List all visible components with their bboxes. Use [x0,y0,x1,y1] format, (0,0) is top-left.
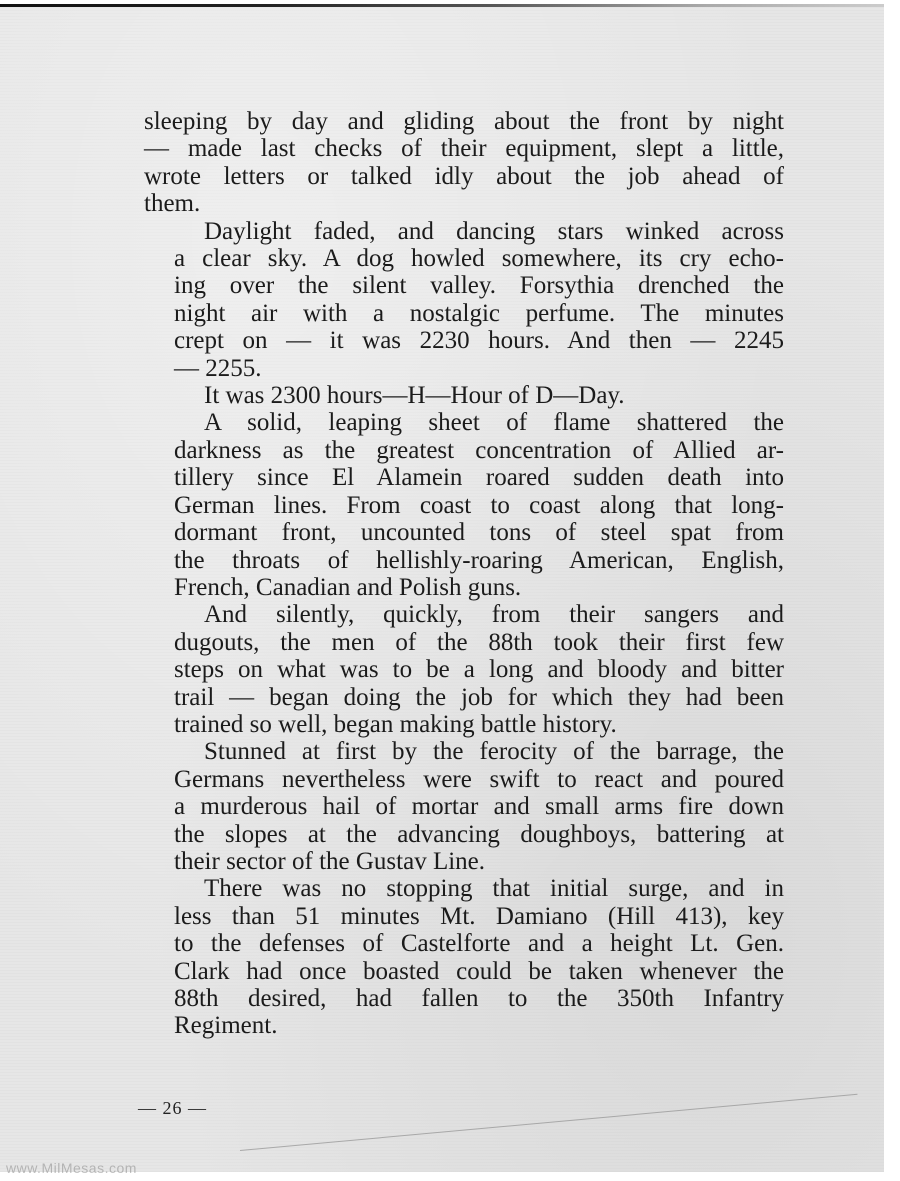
paragraph-3: It was 2300 hours—H—Hour of D—Day. [144,382,784,409]
text-line: It was 2300 hours—H—Hour of D—Day. [144,382,784,409]
paragraph-5: And silently, quickly, from their sanger… [144,601,784,738]
text-line: Daylight faded, and dancing stars winked… [144,218,784,245]
text-line: sleeping by day and gliding about the fr… [144,108,784,135]
text-line: less than 51 minutes Mt. Damiano (Hill 4… [144,903,784,930]
text-line: tillery since El Alamein roared sudden d… [144,464,784,491]
text-line: German lines. From coast to coast along … [144,492,784,519]
text-line: wrote letters or talked idly about the j… [144,163,784,190]
text-line: — 2255. [144,355,784,382]
text-line: darkness as the greatest concentration o… [144,437,784,464]
text-line: the slopes at the advancing doughboys, b… [144,821,784,848]
text-line: night air with a nostalgic perfume. The … [144,300,784,327]
text-line: crept on — it was 2230 hours. And then —… [144,327,784,354]
text-line: to the defenses of Castelforte and a hei… [144,930,784,957]
text-line: their sector of the Gustav Line. [144,848,784,875]
text-line: a clear sky. A dog howled somewhere, its… [144,245,784,272]
text-line: them. [144,190,784,217]
text-line: French, Canadian and Polish guns. [144,574,784,601]
text-line: — made last checks of their equipment, s… [144,135,784,162]
paragraph-4: A solid, leaping sheet of flame shattere… [144,409,784,601]
text-line: A solid, leaping sheet of flame shattere… [144,409,784,436]
text-line: ing over the silent valley. Forsythia dr… [144,272,784,299]
paragraph-1: sleeping by day and gliding about the fr… [144,108,784,218]
text-line: Stunned at first by the ferocity of the … [144,738,784,765]
watermark: www.MilMesas.com [6,1160,137,1176]
paragraph-6: Stunned at first by the ferocity of the … [144,738,784,875]
text-line: Regiment. [144,1012,784,1039]
text-line: dormant front, uncounted tons of steel s… [144,519,784,546]
text-line: Germans nevertheless were swift to react… [144,766,784,793]
text-line: And silently, quickly, from their sanger… [144,601,784,628]
paragraph-2: Daylight faded, and dancing stars winked… [144,218,784,382]
text-line: trail — began doing the job for which th… [144,684,784,711]
text-line: Clark had once boasted could be taken wh… [144,958,784,985]
page-number: — 26 — [138,1098,207,1119]
text-line: There was no stopping that initial surge… [144,875,784,902]
paragraph-7: There was no stopping that initial surge… [144,875,784,1039]
text-line: a murderous hail of mortar and small arm… [144,793,784,820]
text-line: trained so well, began making battle his… [144,711,784,738]
text-line: dugouts, the men of the 88th took their … [144,629,784,656]
text-line: the throats of hellishly-roaring America… [144,547,784,574]
page-top-edge [0,4,884,7]
text-line: steps on what was to be a long and blood… [144,656,784,683]
text-line: 88th desired, had fallen to the 350th In… [144,985,784,1012]
body-text: sleeping by day and gliding about the fr… [144,108,784,1040]
